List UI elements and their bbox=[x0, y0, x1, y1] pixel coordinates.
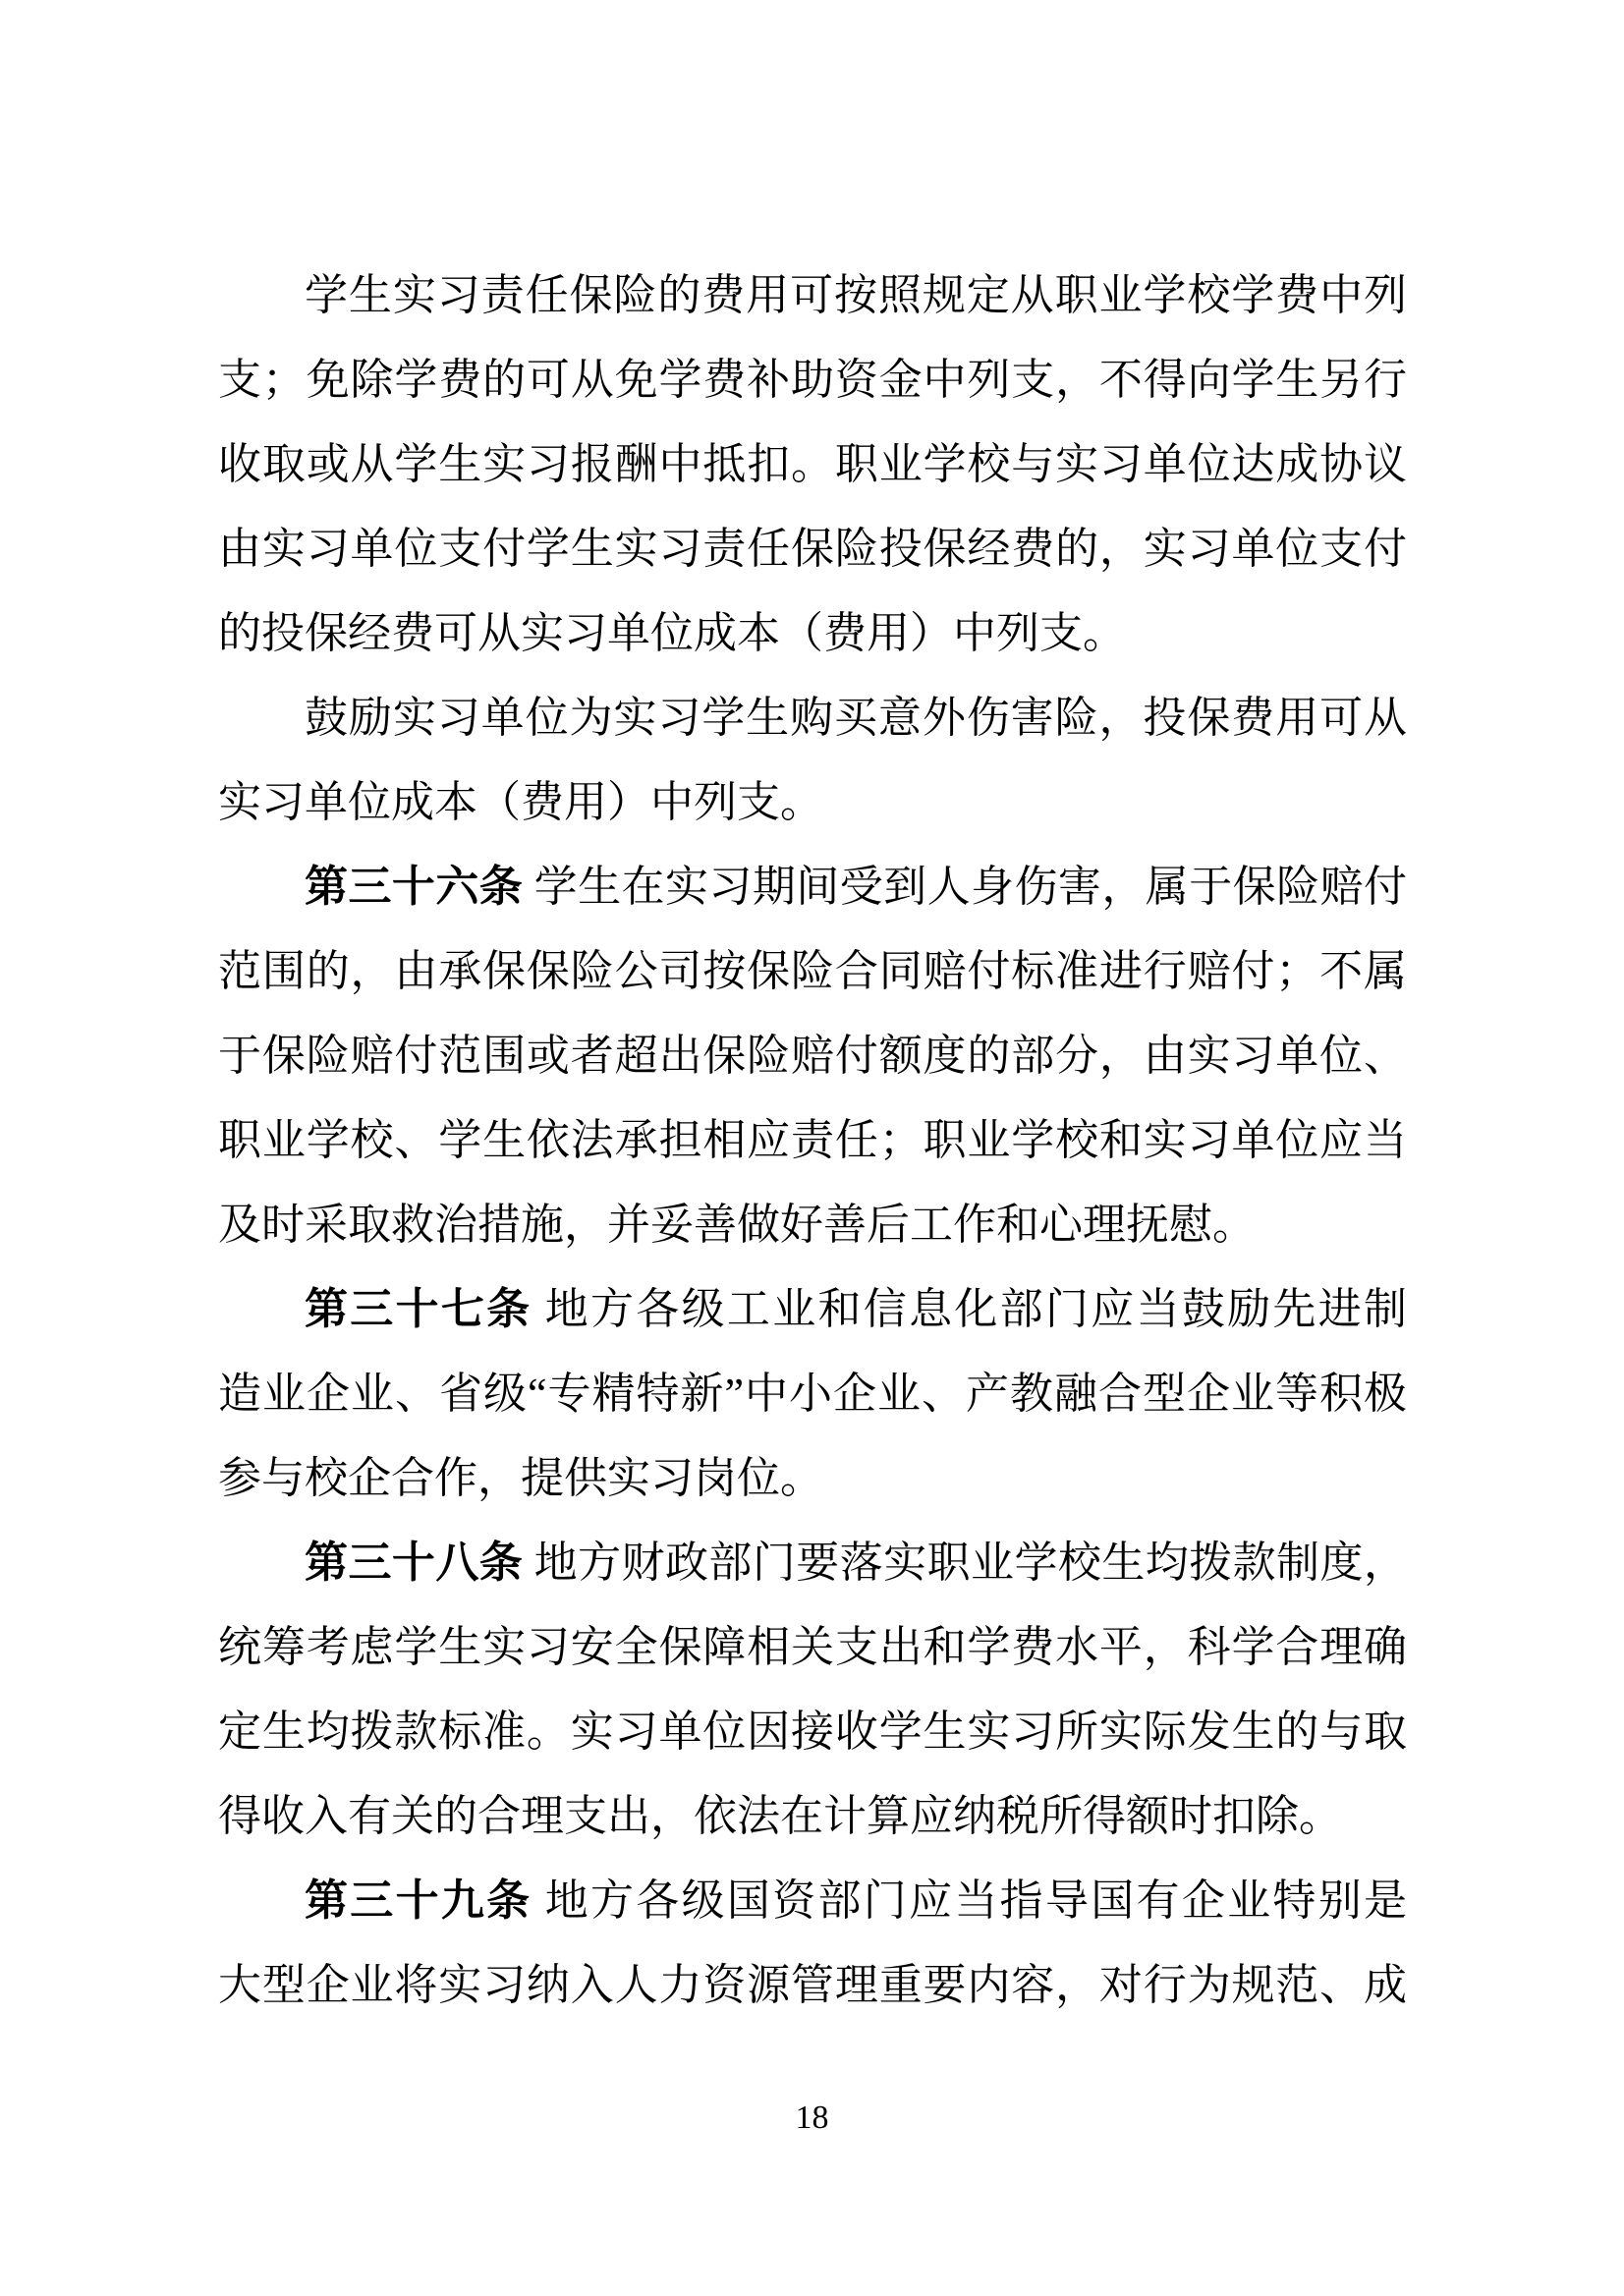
line-segment: 鼓励实习单位为实习学生购买意外伤害险，投保费用可从 bbox=[305, 694, 1407, 742]
line-segment: 地方各级工业和信息化部门应当鼓励先进制 bbox=[532, 1285, 1407, 1333]
text-line: 得收入有关的合理支出，依法在计算应纳税所得额时扣除。 bbox=[218, 1774, 1407, 1859]
text-line: 的投保经费可从实习单位成本（费用）中列支。 bbox=[218, 591, 1407, 676]
line-segment: 支；免除学费的可从免学费补助资金中列支，不得向学生另行 bbox=[218, 356, 1407, 404]
article-term: 第三十九条 bbox=[305, 1876, 532, 1925]
line-segment: 范围的，由承保保险公司按保险合同赔付标准进行赔付；不属 bbox=[218, 947, 1407, 995]
text-line: 职业学校、学生依法承担相应责任；职业学校和实习单位应当 bbox=[218, 1098, 1407, 1183]
text-line: 第三十九条 地方各级国资部门应当指导国有企业特别是 bbox=[218, 1859, 1407, 1943]
text-line: 定生均拨款标准。实习单位因接收学生实习所实际发生的与取 bbox=[218, 1690, 1407, 1774]
document-body: 学生实习责任保险的费用可按照规定从职业学校学费中列支；免除学费的可从免学费补助资… bbox=[218, 253, 1407, 2028]
line-segment: 学生在实习期间受到人身伤害，属于保险赔付 bbox=[523, 863, 1407, 911]
text-line: 统筹考虑学生实习安全保障相关支出和学费水平，科学合理确 bbox=[218, 1605, 1407, 1690]
line-segment: 地方财政部门要落实职业学校生均拨款制度， bbox=[523, 1539, 1407, 1587]
text-line: 第三十八条 地方财政部门要落实职业学校生均拨款制度， bbox=[218, 1521, 1407, 1605]
page-number: 18 bbox=[796, 2100, 829, 2136]
article-term: 第三十六条 bbox=[305, 863, 523, 911]
page-footer: 18 bbox=[0, 2099, 1624, 2138]
line-segment: 的投保经费可从实习单位成本（费用）中列支。 bbox=[218, 609, 1126, 657]
line-segment: 统筹考虑学生实习安全保障相关支出和学费水平，科学合理确 bbox=[218, 1623, 1407, 1671]
line-segment: 职业学校、学生依法承担相应责任；职业学校和实习单位应当 bbox=[218, 1116, 1407, 1164]
text-line: 及时采取救治措施，并妥善做好善后工作和心理抚慰。 bbox=[218, 1183, 1407, 1267]
line-segment: 大型企业将实习纳入人力资源管理重要内容，对行为规范、成 bbox=[218, 1961, 1407, 2009]
text-line: 由实习单位支付学生实习责任保险投保经费的，实习单位支付 bbox=[218, 507, 1407, 591]
line-segment: 实习单位成本（费用）中列支。 bbox=[218, 778, 823, 826]
article-term: 第三十七条 bbox=[305, 1285, 532, 1333]
text-line: 第三十六条 学生在实习期间受到人身伤害，属于保险赔付 bbox=[218, 845, 1407, 929]
text-line: 参与校企合作，提供实习岗位。 bbox=[218, 1436, 1407, 1521]
text-line: 造业企业、省级“专精特新”中小企业、产教融合型企业等积极 bbox=[218, 1352, 1407, 1436]
text-line: 第三十七条 地方各级工业和信息化部门应当鼓励先进制 bbox=[218, 1267, 1407, 1352]
line-segment: 学生实习责任保险的费用可按照规定从职业学校学费中列 bbox=[305, 271, 1407, 319]
text-line: 实习单位成本（费用）中列支。 bbox=[218, 760, 1407, 845]
line-segment: 及时采取救治措施，并妥善做好善后工作和心理抚慰。 bbox=[218, 1201, 1256, 1249]
text-line: 于保险赔付范围或者超出保险赔付额度的部分，由实习单位、 bbox=[218, 1014, 1407, 1098]
text-line: 大型企业将实习纳入人力资源管理重要内容，对行为规范、成 bbox=[218, 1943, 1407, 2028]
line-segment: 造业企业、省级“专精特新”中小企业、产教融合型企业等积极 bbox=[218, 1370, 1407, 1418]
line-segment: 定生均拨款标准。实习单位因接收学生实习所实际发生的与取 bbox=[218, 1708, 1407, 1756]
text-line: 支；免除学费的可从免学费补助资金中列支，不得向学生另行 bbox=[218, 338, 1407, 422]
text-line: 范围的，由承保保险公司按保险合同赔付标准进行赔付；不属 bbox=[218, 929, 1407, 1014]
document-page: 学生实习责任保险的费用可按照规定从职业学校学费中列支；免除学费的可从免学费补助资… bbox=[0, 0, 1624, 2296]
text-line: 学生实习责任保险的费用可按照规定从职业学校学费中列 bbox=[218, 253, 1407, 338]
line-segment: 于保险赔付范围或者超出保险赔付额度的部分，由实习单位、 bbox=[218, 1032, 1407, 1080]
line-segment: 参与校企合作，提供实习岗位。 bbox=[218, 1454, 823, 1502]
line-segment: 得收入有关的合理支出，依法在计算应纳税所得额时扣除。 bbox=[218, 1792, 1342, 1840]
line-segment: 地方各级国资部门应当指导国有企业特别是 bbox=[532, 1876, 1407, 1925]
article-term: 第三十八条 bbox=[305, 1539, 523, 1587]
line-segment: 由实习单位支付学生实习责任保险投保经费的，实习单位支付 bbox=[218, 525, 1407, 573]
text-line: 鼓励实习单位为实习学生购买意外伤害险，投保费用可从 bbox=[218, 676, 1407, 760]
text-line: 收取或从学生实习报酬中抵扣。职业学校与实习单位达成协议 bbox=[218, 422, 1407, 507]
line-segment: 收取或从学生实习报酬中抵扣。职业学校与实习单位达成协议 bbox=[218, 440, 1407, 488]
